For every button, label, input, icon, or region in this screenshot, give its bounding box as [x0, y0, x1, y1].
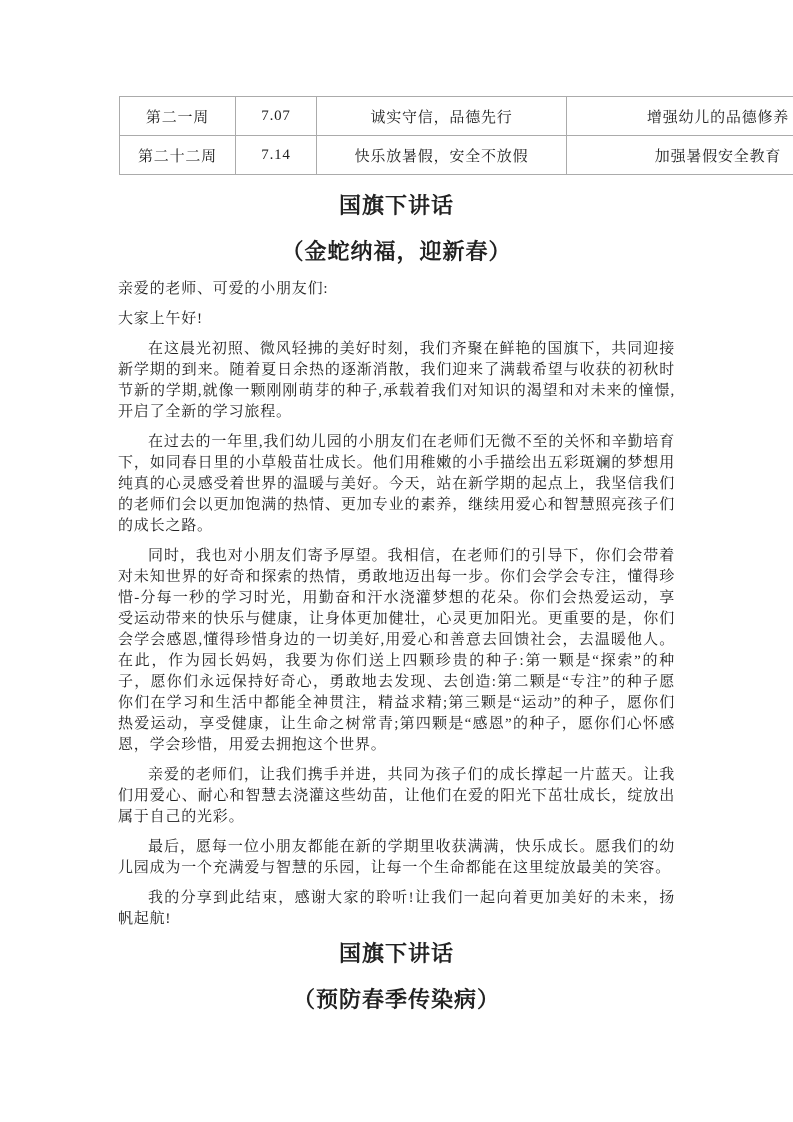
paragraph: 在这晨光初照、微风轻拂的美好时刻，我们齐聚在鲜艳的国旗下，共同迎接新学期的到来。…	[118, 339, 675, 423]
cell-theme: 诚实守信，品德先行	[317, 97, 567, 136]
speech1-subtitle: （金蛇纳福，迎新春）	[118, 237, 675, 267]
paragraph: 同时，我也对小朋友们寄予厚望。我相信，在老师们的引导下，你们会带着对未知世界的好…	[118, 546, 675, 756]
cell-theme: 快乐放暑假，安全不放假	[317, 136, 567, 175]
speech2-title: 国旗下讲话	[118, 939, 675, 969]
cell-date: 7.07	[236, 97, 317, 136]
table-row: 第二一周 7.07 诚实守信，品德先行 增强幼儿的品德修养	[120, 97, 793, 136]
paragraph: 我的分享到此结束，感谢大家的聆听!让我们一起向着更加美好的未来，扬帆起航!	[118, 888, 675, 930]
salutation: 亲爱的老师、可爱的小朋友们:	[118, 279, 675, 300]
paragraph: 亲爱的老师们，让我们携手并进，共同为孩子们的成长撑起一片蓝天。让我们用爱心、耐心…	[118, 765, 675, 828]
table-row: 第二十二周 7.14 快乐放暑假，安全不放假 加强暑假安全教育	[120, 136, 793, 175]
schedule-table: 第二一周 7.07 诚实守信，品德先行 增强幼儿的品德修养 第二十二周 7.14…	[119, 96, 793, 175]
cell-goal: 增强幼儿的品德修养	[567, 97, 793, 136]
paragraph: 在过去的一年里,我们幼儿园的小朋友们在老师们无微不至的关怀和辛勤培育下，如同春日…	[118, 432, 675, 537]
text-column: 国旗下讲话 （金蛇纳福，迎新春） 亲爱的老师、可爱的小朋友们: 大家上午好! 在…	[118, 191, 675, 1015]
paragraph: 最后，愿每一位小朋友都能在新的学期里收获满满，快乐成长。愿我们的幼儿园成为一个充…	[118, 837, 675, 879]
cell-goal: 加强暑假安全教育	[567, 136, 793, 175]
speech1-title: 国旗下讲话	[118, 191, 675, 221]
cell-week: 第二十二周	[120, 136, 236, 175]
document-page: 第二一周 7.07 诚实守信，品德先行 增强幼儿的品德修养 第二十二周 7.14…	[0, 0, 793, 1122]
speech2-subtitle: （预防春季传染病）	[118, 985, 675, 1015]
cell-week: 第二一周	[120, 97, 236, 136]
greeting: 大家上午好!	[118, 309, 675, 330]
cell-date: 7.14	[236, 136, 317, 175]
